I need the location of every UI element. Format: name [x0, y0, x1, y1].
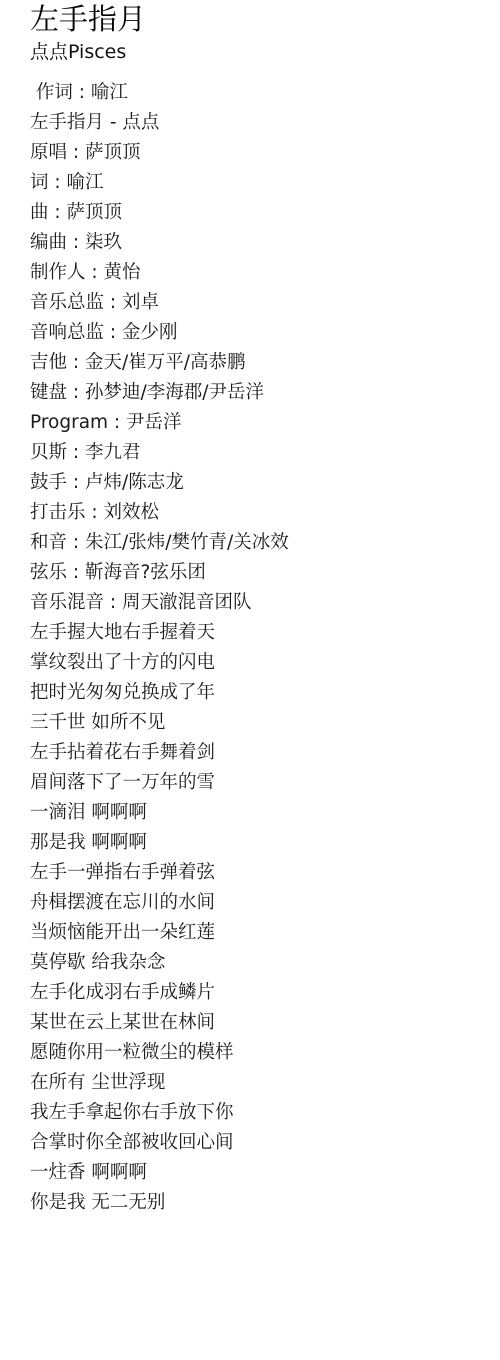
lyrics-page: 左手指月 点点Pisces 作词 : 喻江 左手指月 - 点点 原唱 : 萨顶顶… — [30, 0, 500, 1218]
lyric-credit-line: 编曲 : 柒玖 — [30, 228, 500, 258]
lyric-credit-line: 制作人 : 黄怡 — [30, 258, 500, 288]
lyric-line: 一炷香 啊啊啊 — [30, 1158, 500, 1188]
lyric-line: 左手握大地右手握着天 — [30, 618, 500, 648]
lyric-credit-line: 打击乐 : 刘效松 — [30, 498, 500, 528]
lyric-credit-line: 贝斯 : 李九君 — [30, 438, 500, 468]
lyric-credit-line: 音乐总监 : 刘卓 — [30, 288, 500, 318]
lyric-credit-line: 音乐混音 : 周天澈混音团队 — [30, 588, 500, 618]
lyric-credit-line: 键盘 : 孙梦迪/李海郡/尹岳洋 — [30, 378, 500, 408]
lyric-credit-line: 词 : 喻江 — [30, 168, 500, 198]
lyric-line: 三千世 如所不见 — [30, 708, 500, 738]
lyric-line: 我左手拿起你右手放下你 — [30, 1098, 500, 1128]
lyric-credit-line: 音响总监 : 金少刚 — [30, 318, 500, 348]
lyric-line: 左手化成羽右手成鳞片 — [30, 978, 500, 1008]
lyric-line: 把时光匆匆兑换成了年 — [30, 678, 500, 708]
lyric-credit-line: 左手指月 - 点点 — [30, 108, 500, 138]
lyric-line: 合掌时你全部被收回心间 — [30, 1128, 500, 1158]
lyric-credit-line: 吉他 : 金天/崔万平/高恭鹏 — [30, 348, 500, 378]
lyric-line: 那是我 啊啊啊 — [30, 828, 500, 858]
lyrics-list: 作词 : 喻江 左手指月 - 点点 原唱 : 萨顶顶 词 : 喻江 曲 : 萨顶… — [30, 78, 500, 1218]
lyric-line: 在所有 尘世浮现 — [30, 1068, 500, 1098]
lyric-credit-line: 弦乐 : 靳海音?弦乐团 — [30, 558, 500, 588]
lyric-line: 当烦恼能开出一朵红莲 — [30, 918, 500, 948]
lyric-line: 眉间落下了一万年的雪 — [30, 768, 500, 798]
lyric-line: 莫停歇 给我杂念 — [30, 948, 500, 978]
lyric-line: 左手一弹指右手弹着弦 — [30, 858, 500, 888]
lyric-credit-line: 作词 : 喻江 — [30, 78, 500, 108]
lyric-line: 掌纹裂出了十方的闪电 — [30, 648, 500, 678]
lyric-credit-line: 和音 : 朱江/张炜/樊竹青/关冰效 — [30, 528, 500, 558]
lyric-credit-line: 曲 : 萨顶顶 — [30, 198, 500, 228]
lyric-line: 某世在云上某世在林间 — [30, 1008, 500, 1038]
lyric-line: 舟楫摆渡在忘川的水间 — [30, 888, 500, 918]
lyric-credit-line: 原唱 : 萨顶顶 — [30, 138, 500, 168]
song-title: 左手指月 — [30, 0, 500, 38]
lyric-line: 你是我 无二无别 — [30, 1188, 500, 1218]
lyric-line: 愿随你用一粒微尘的模样 — [30, 1038, 500, 1068]
lyric-line: 一滴泪 啊啊啊 — [30, 798, 500, 828]
lyric-credit-line: 鼓手 : 卢炜/陈志龙 — [30, 468, 500, 498]
lyric-credit-line: Program : 尹岳洋 — [30, 408, 500, 438]
song-artist: 点点Pisces — [30, 38, 500, 66]
lyric-line: 左手拈着花右手舞着剑 — [30, 738, 500, 768]
